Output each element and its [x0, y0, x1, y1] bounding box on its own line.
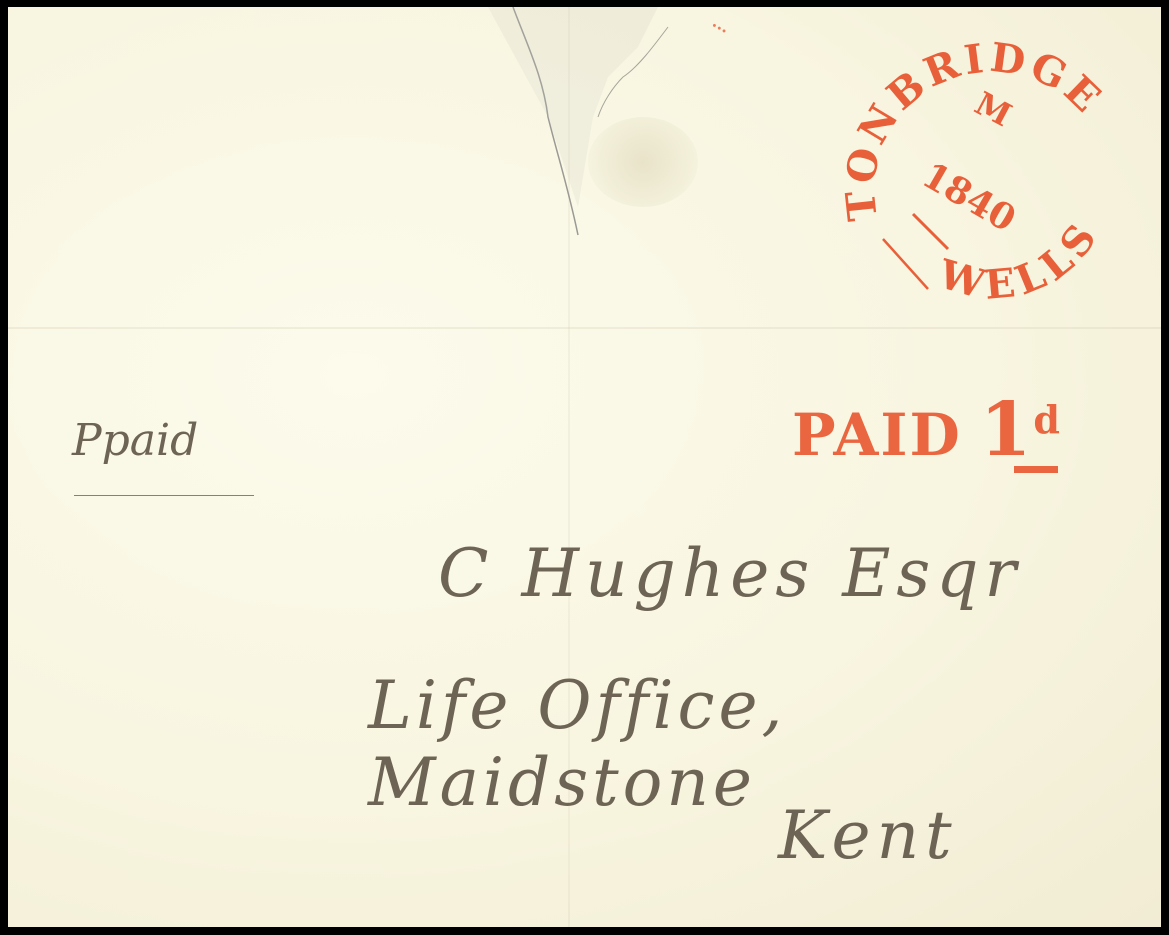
fold-line-horizontal	[8, 327, 1161, 329]
paid-unit: d	[1033, 397, 1062, 442]
postmark-month: M	[969, 84, 1018, 134]
postmark-year: 1840	[915, 154, 1023, 240]
paid-handstamp: PAID1d	[792, 387, 1062, 473]
paper-stain	[588, 117, 698, 207]
tonbridge-wells-postmark: TONBRIDGE WELLS M 1840	[838, 9, 1128, 309]
address-line-3: Kent	[778, 797, 958, 874]
paid-amount: 1	[980, 387, 1034, 473]
letter-cover: ... TONBRIDGE WELLS M 1840 PAID1d Ppaid …	[8, 7, 1161, 927]
address-line-2: Life Office, Maidstone	[368, 667, 1161, 821]
prepaid-manuscript-note: Ppaid	[72, 415, 198, 466]
svg-text:WELLS: WELLS	[933, 211, 1109, 309]
prepaid-underline	[74, 495, 254, 496]
address-line-1: C Hughes Esqr	[438, 535, 1022, 612]
postmark-town-bottom: WELLS	[933, 211, 1109, 309]
paid-unit-underline	[1014, 466, 1058, 473]
paper-tear	[488, 7, 718, 237]
paid-word: PAID	[792, 401, 962, 469]
